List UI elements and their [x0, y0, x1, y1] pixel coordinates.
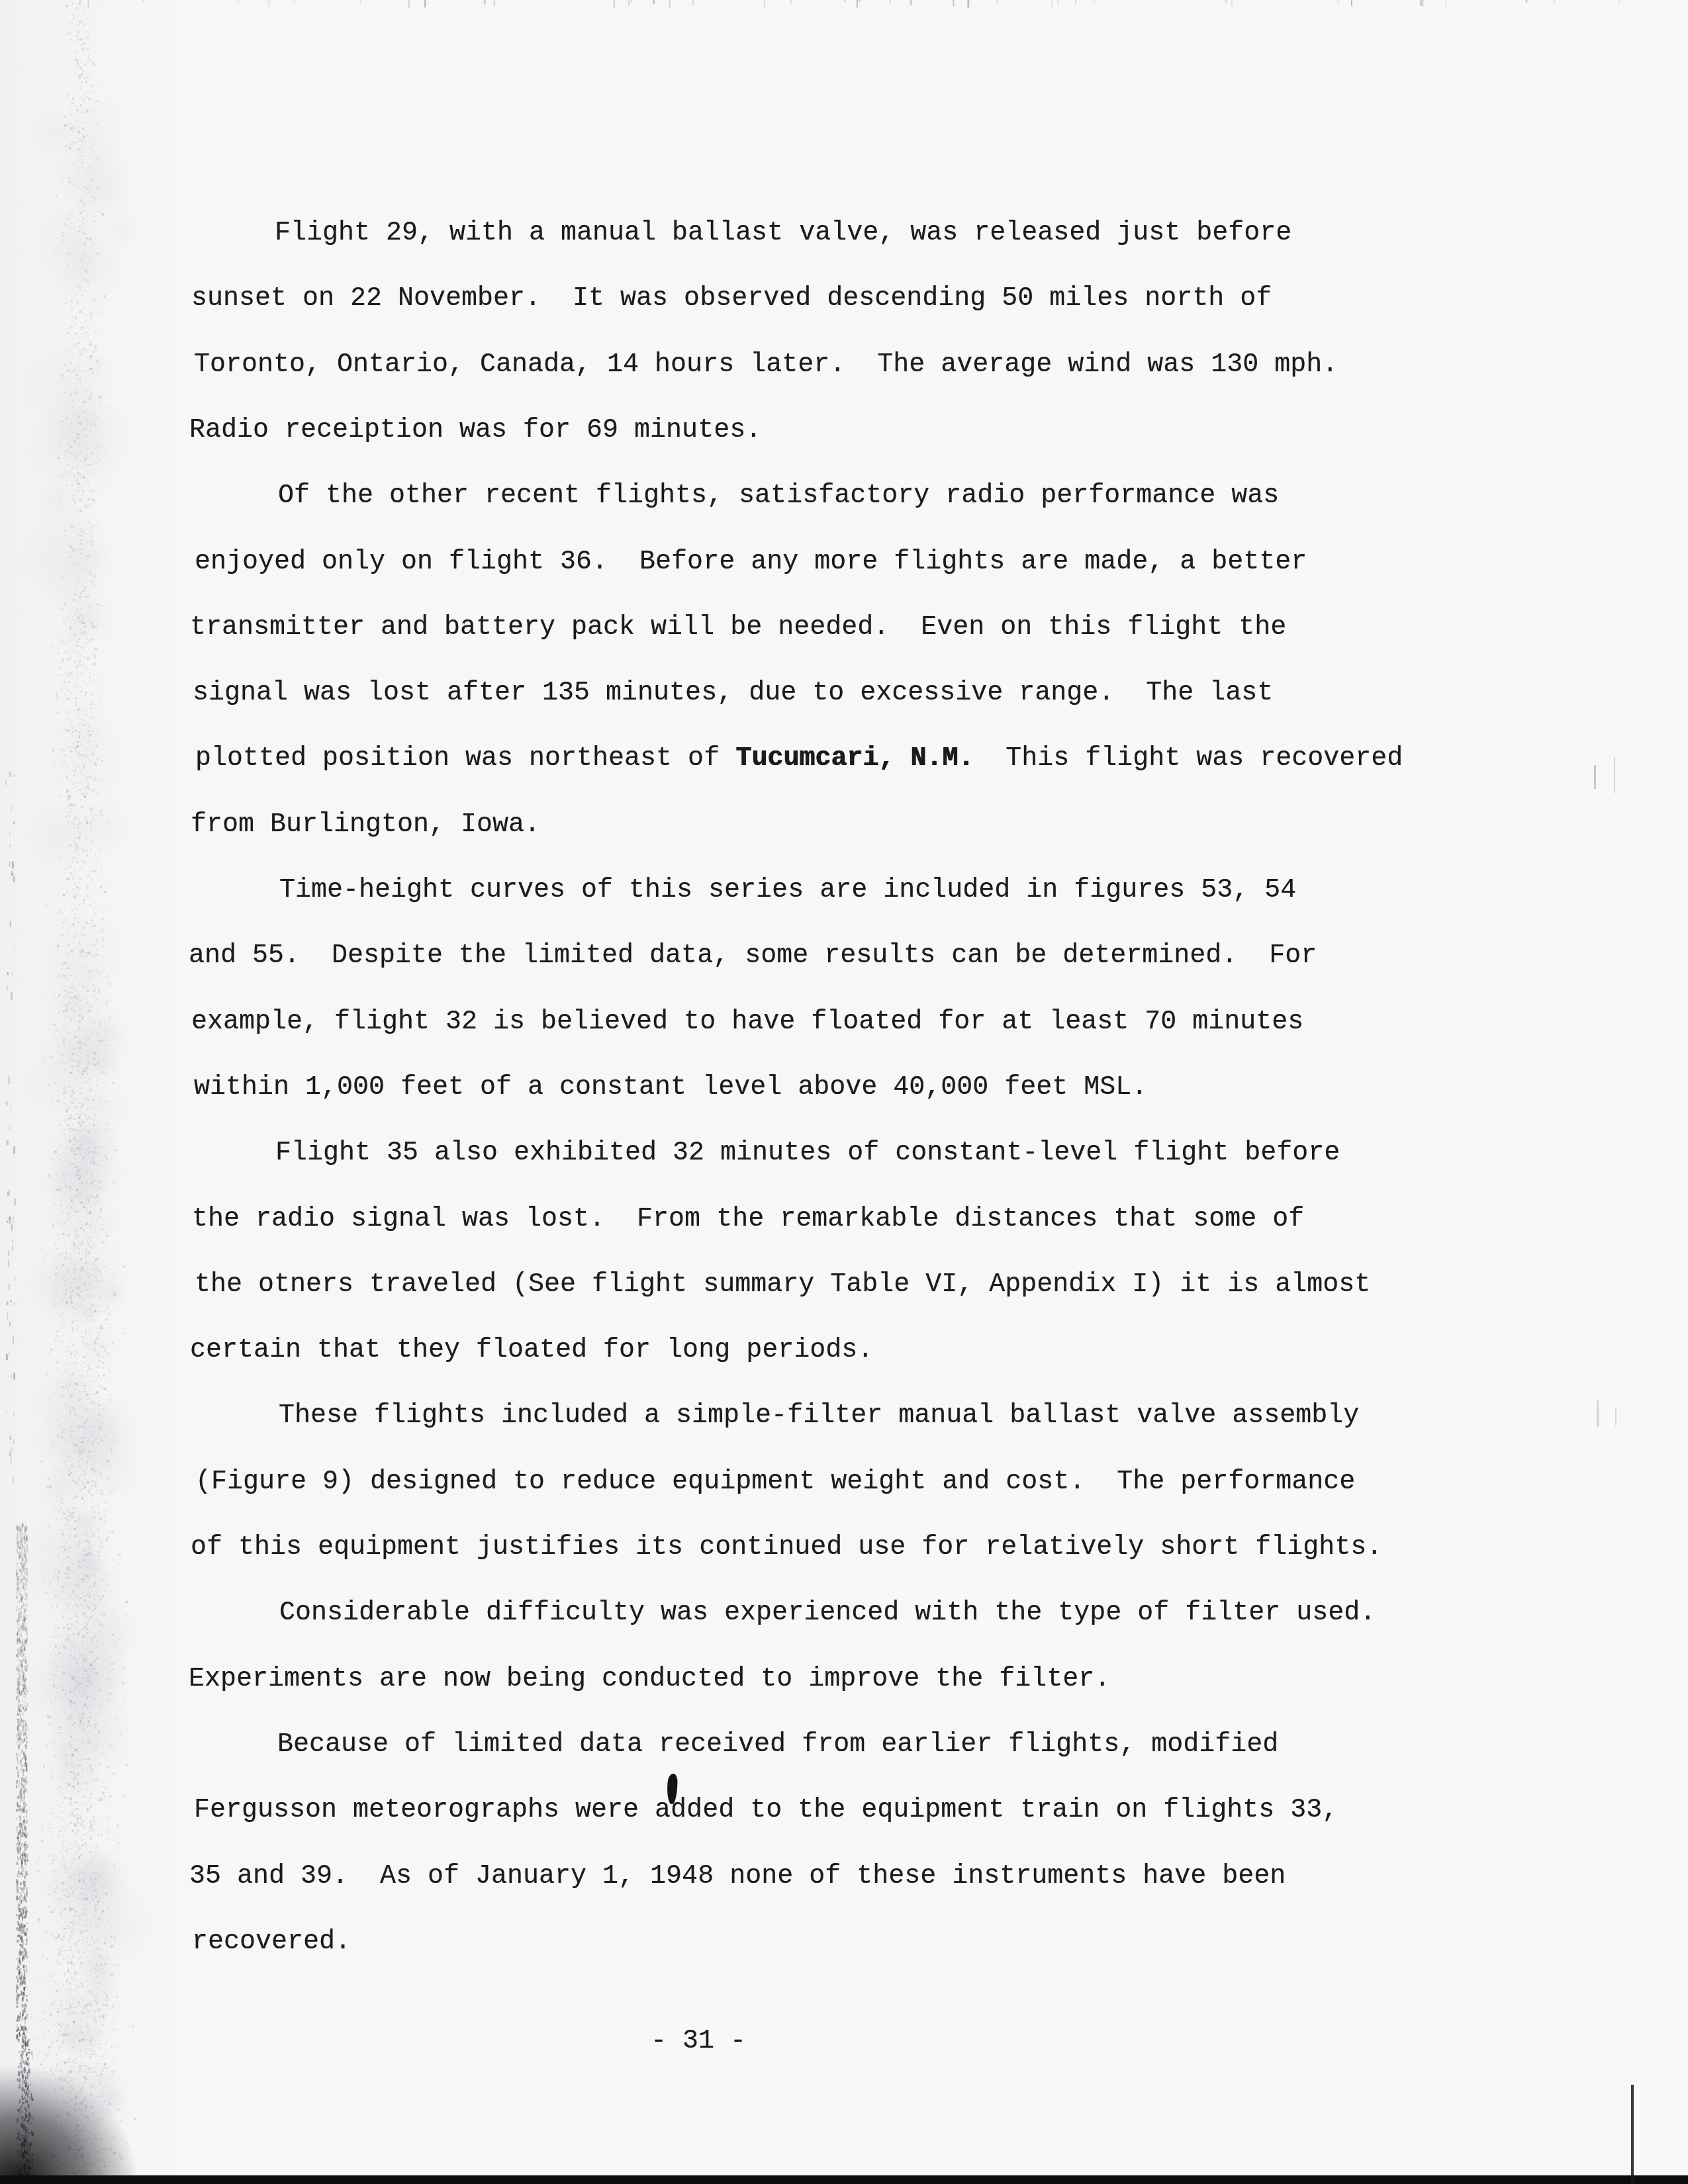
text-segment: Flight 29, with a manual ballast valve, …	[275, 218, 1291, 248]
text-line: within 1,000 feet of a constant level ab…	[194, 1073, 1147, 1103]
text-segment: example, flight 32 is believed to have f…	[191, 1007, 1303, 1037]
text-segment: 35 and 39. As of January 1, 1948 none of…	[189, 1862, 1286, 1891]
margin-pencil-mark	[1594, 765, 1596, 789]
text-segment: This flight was recovered	[974, 744, 1403, 774]
text-line: Of the other recent flights, satisfactor…	[278, 481, 1279, 512]
text-line: transmitter and battery pack will be nee…	[190, 613, 1286, 643]
text-segment: the otners traveled (See flight summary …	[195, 1270, 1370, 1300]
text-segment: Experiments are now being conducted to i…	[189, 1664, 1110, 1694]
text-line: Time-height curves of this series are in…	[279, 876, 1296, 906]
text-line: sunset on 22 November. It was observed d…	[191, 284, 1272, 314]
text-segment: enjoyed only on flight 36. Before any mo…	[195, 547, 1307, 577]
typewritten-text-block: Flight 29, with a manual ballast valve, …	[192, 0, 1516, 2184]
text-segment: within 1,000 feet of a constant level ab…	[194, 1073, 1147, 1103]
text-line: Flight 29, with a manual ballast valve, …	[275, 218, 1291, 249]
text-line: Because of limited data received from ea…	[277, 1730, 1278, 1760]
text-line: Experiments are now being conducted to i…	[189, 1664, 1110, 1695]
text-line: enjoyed only on flight 36. Before any mo…	[195, 547, 1307, 578]
text-segment: These flights included a simple-filter m…	[279, 1401, 1359, 1431]
text-line: from Burlington, Iowa.	[191, 810, 540, 841]
text-line: example, flight 32 is believed to have f…	[191, 1007, 1303, 1038]
text-segment: the radio signal was lost. From the rema…	[192, 1205, 1304, 1234]
text-segment: Radio receiption was for 69 minutes.	[189, 416, 761, 445]
text-line: Flight 35 also exhibited 32 minutes of c…	[275, 1138, 1340, 1169]
margin-pencil-mark	[1615, 1407, 1617, 1426]
text-segment: signal was lost after 135 minutes, due t…	[193, 678, 1273, 708]
text-segment: Fergusson meteorographs were added to th…	[194, 1796, 1338, 1825]
text-segment: of this equipment justifies its continue…	[191, 1533, 1382, 1563]
text-line: (Figure 9) designed to reduce equipment …	[195, 1467, 1355, 1498]
text-line: signal was lost after 135 minutes, due t…	[193, 678, 1273, 709]
text-line: Toronto, Ontario, Canada, 14 hours later…	[194, 350, 1338, 381]
text-segment: transmitter and battery pack will be nee…	[190, 613, 1286, 643]
text-line: These flights included a simple-filter m…	[279, 1401, 1359, 1432]
text-line: plotted position was northeast of Tucumc…	[195, 744, 1403, 774]
text-line: certain that they floated for long perio…	[190, 1336, 873, 1366]
text-segment: recovered.	[192, 1927, 351, 1957]
text-segment: Because of limited data received from ea…	[277, 1730, 1278, 1760]
text-line: of this equipment justifies its continue…	[191, 1533, 1382, 1563]
text-segment: Considerable difficulty was experienced …	[279, 1598, 1376, 1628]
text-line: Radio receiption was for 69 minutes.	[189, 416, 761, 446]
text-line: the otners traveled (See flight summary …	[195, 1270, 1370, 1300]
page-number: - 31 -	[651, 2026, 746, 2056]
text-line: recovered.	[192, 1927, 351, 1958]
text-segment: (Figure 9) designed to reduce equipment …	[195, 1467, 1355, 1497]
overstruck-text: Tucumcari, N.M.	[735, 744, 974, 774]
text-segment: Time-height curves of this series are in…	[279, 876, 1296, 905]
text-segment: certain that they floated for long perio…	[190, 1336, 873, 1365]
text-line: Fergusson meteorographs were added to th…	[194, 1796, 1338, 1826]
text-line: and 55. Despite the limited data, some r…	[189, 941, 1317, 972]
text-segment: plotted position was northeast of	[195, 744, 735, 774]
text-line: 35 and 39. As of January 1, 1948 none of…	[189, 1862, 1286, 1892]
scanned-page: { "page": { "paper_color": "#f7f7f9", "i…	[0, 0, 1688, 2184]
text-segment: Toronto, Ontario, Canada, 14 hours later…	[194, 350, 1338, 380]
text-line: Considerable difficulty was experienced …	[279, 1598, 1376, 1629]
margin-pencil-mark	[1597, 1400, 1599, 1427]
text-segment: sunset on 22 November. It was observed d…	[191, 284, 1272, 314]
text-segment: from Burlington, Iowa.	[191, 810, 540, 840]
text-line: the radio signal was lost. From the rema…	[192, 1205, 1304, 1235]
text-segment: Flight 35 also exhibited 32 minutes of c…	[275, 1138, 1340, 1168]
text-segment: Of the other recent flights, satisfactor…	[278, 481, 1279, 511]
text-segment: and 55. Despite the limited data, some r…	[189, 941, 1317, 971]
margin-pencil-mark	[1614, 757, 1615, 793]
